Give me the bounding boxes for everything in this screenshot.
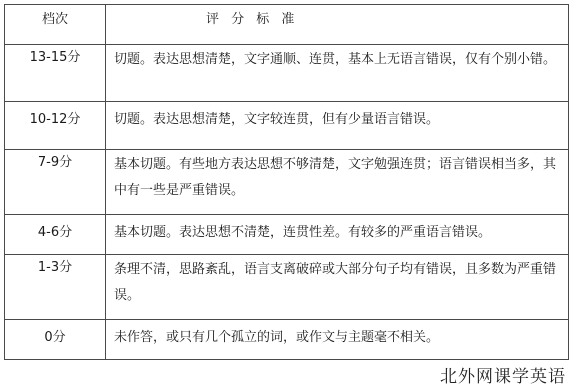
- table-row: 1-3分 条理不清，思路紊乱，语言支离破碎或大部分句子均有错误，且多数为严重错误…: [5, 255, 569, 320]
- criteria-cell: 切题。表达思想清楚，文字通顺、连贯，基本上无语言错误，仅有个别小错。: [106, 45, 569, 102]
- criteria-cell: 未作答，或只有几个孤立的词，或作文与主题毫不相关。: [106, 320, 569, 360]
- band-cell: 10-12分: [5, 102, 106, 150]
- band-cell: 0分: [5, 320, 106, 360]
- band-cell: 1-3分: [5, 255, 106, 320]
- watermark: 北外网课学英语: [440, 362, 566, 387]
- criteria-cell: 基本切题。有些地方表达思想不够清楚，文字勉强连贯；语言错误相当多，其中有一些是严…: [106, 150, 569, 215]
- table-header-row: 档次 评 分 标 准: [5, 5, 569, 45]
- band-cell: 13-15分: [5, 45, 106, 102]
- header-criteria: 评 分 标 准: [106, 5, 569, 45]
- scoring-rubric-table: 档次 评 分 标 准 13-15分 切题。表达思想清楚，文字通顺、连贯，基本上无…: [4, 4, 569, 360]
- table-row: 13-15分 切题。表达思想清楚，文字通顺、连贯，基本上无语言错误，仅有个别小错…: [5, 45, 569, 102]
- table-row: 10-12分 切题。表达思想清楚，文字较连贯，但有少量语言错误。: [5, 102, 569, 150]
- criteria-cell: 切题。表达思想清楚，文字较连贯，但有少量语言错误。: [106, 102, 569, 150]
- criteria-cell: 条理不清，思路紊乱，语言支离破碎或大部分句子均有错误，且多数为严重错误。: [106, 255, 569, 320]
- header-band: 档次: [5, 5, 106, 45]
- criteria-cell: 基本切题。表达思想不清楚，连贯性差。有较多的严重语言错误。: [106, 215, 569, 255]
- table-row: 0分 未作答，或只有几个孤立的词，或作文与主题毫不相关。: [5, 320, 569, 360]
- band-cell: 7-9分: [5, 150, 106, 215]
- table-row: 4-6分 基本切题。表达思想不清楚，连贯性差。有较多的严重语言错误。: [5, 215, 569, 255]
- band-cell: 4-6分: [5, 215, 106, 255]
- table-row: 7-9分 基本切题。有些地方表达思想不够清楚，文字勉强连贯；语言错误相当多，其中…: [5, 150, 569, 215]
